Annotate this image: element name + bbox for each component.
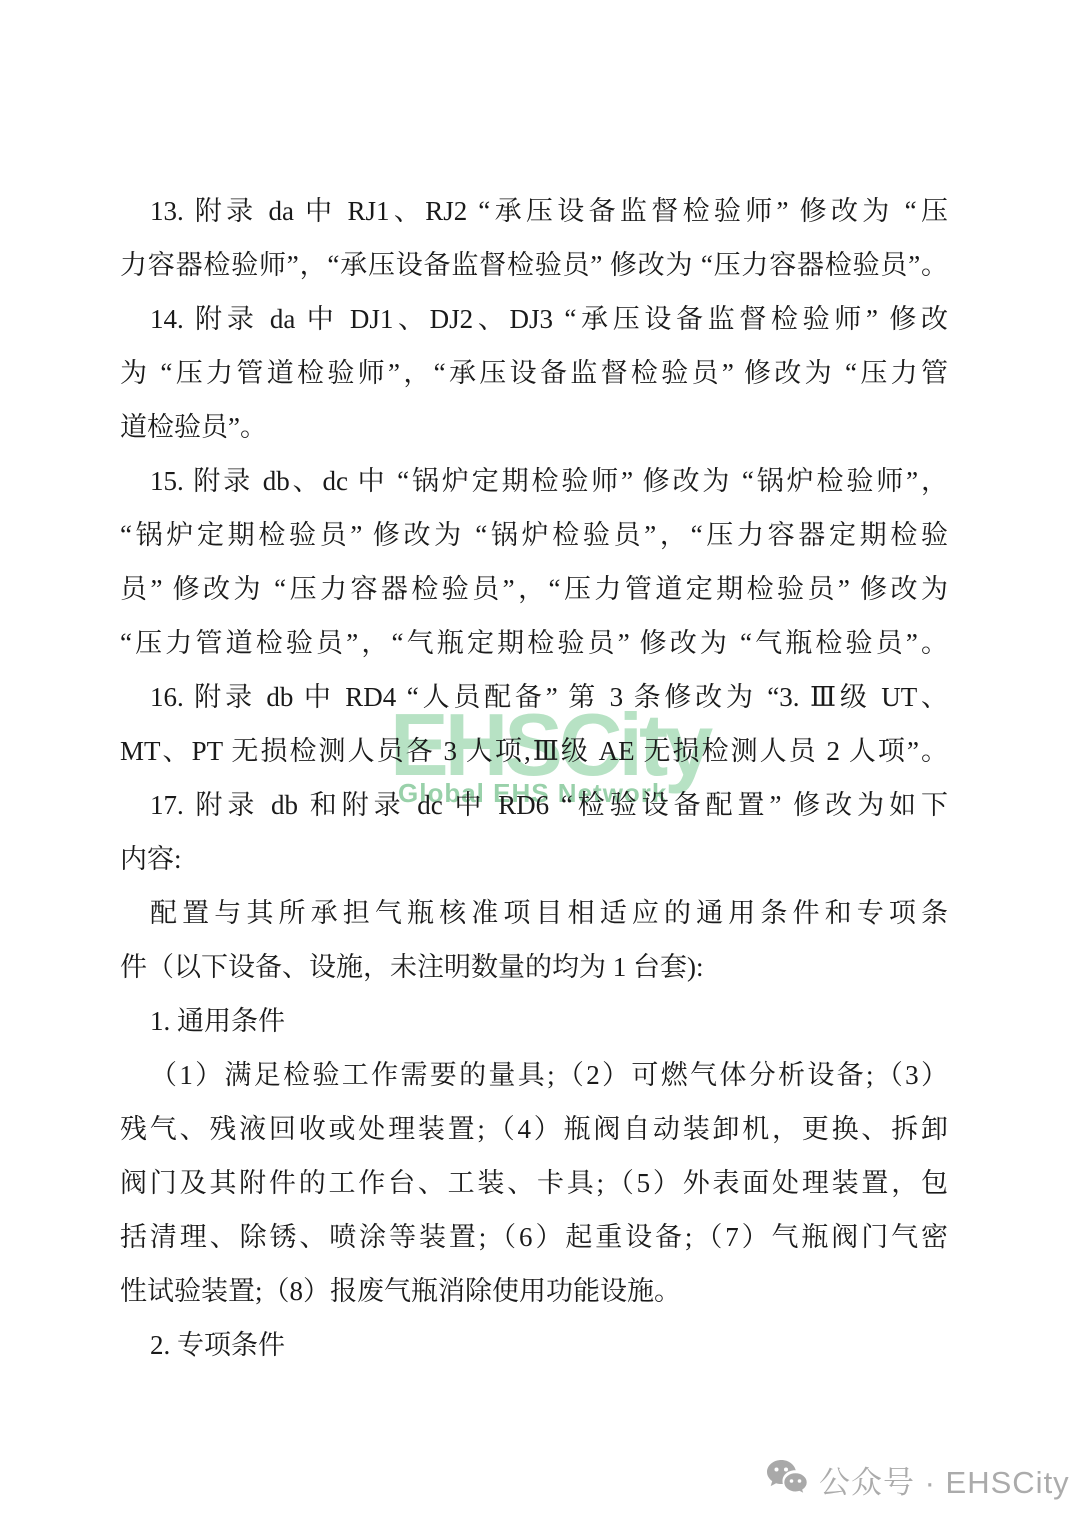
- text-line: MT、PT 无损检测人员各 3 人项,Ⅲ级 AE 无损检测人员 2 人项”。: [120, 724, 948, 778]
- text-line: “锅炉定期检验员” 修改为 “锅炉检验员”，“压力容器定期检验: [120, 508, 948, 562]
- footer-label: 公众号 · EHSCity: [819, 1457, 1070, 1502]
- page-footer: 公众号 · EHSCity: [766, 1458, 1070, 1500]
- text-line: “压力管道检验员”，“气瓶定期检验员” 修改为 “气瓶检验员”。: [120, 616, 948, 670]
- text-line: 员” 修改为 “压力容器检验员”，“压力管道定期检验员” 修改为: [120, 562, 948, 616]
- document-page: EHSCity Global EHS Network 13. 附录 da 中 R…: [0, 0, 1080, 1527]
- text-line: 件（以下设备、设施，未注明数量的均为 1 台套):: [120, 940, 948, 994]
- text-line: 17. 附录 db 和附录 dc 中 RD6 “检验设备配置” 修改为如下: [120, 778, 948, 832]
- text-line: 力容器检验师”，“承压设备监督检验员” 修改为 “压力容器检验员”。: [120, 238, 948, 292]
- document-body: 13. 附录 da 中 RJ1、RJ2 “承压设备监督检验师” 修改为 “压力容…: [120, 184, 948, 1372]
- text-line: 2. 专项条件: [120, 1318, 948, 1372]
- text-line: 内容:: [120, 832, 948, 886]
- text-line: 残气、残液回收或处理装置;（4）瓶阀自动装卸机，更换、拆卸: [120, 1102, 948, 1156]
- text-line: 15. 附录 db、dc 中 “锅炉定期检验师” 修改为 “锅炉检验师”，: [120, 454, 948, 508]
- text-line: 13. 附录 da 中 RJ1、RJ2 “承压设备监督检验师” 修改为 “压: [120, 184, 948, 238]
- text-line: 道检验员”。: [120, 400, 948, 454]
- text-line: 为 “压力管道检验师”，“承压设备监督检验员” 修改为 “压力管: [120, 346, 948, 400]
- wechat-icon: [766, 1459, 810, 1499]
- text-line: 阀门及其附件的工作台、工装、卡具;（5）外表面处理装置，包: [120, 1156, 948, 1210]
- text-line: 16. 附录 db 中 RD4 “人员配备” 第 3 条修改为 “3. Ⅲ级 U…: [120, 670, 948, 724]
- text-line: （1）满足检验工作需要的量具;（2）可燃气体分析设备;（3）: [120, 1048, 948, 1102]
- text-line: 14. 附录 da 中 DJ1、DJ2、DJ3 “承压设备监督检验师” 修改: [120, 292, 948, 346]
- text-line: 配置与其所承担气瓶核准项目相适应的通用条件和专项条: [120, 886, 948, 940]
- text-line: 性试验装置;（8）报废气瓶消除使用功能设施。: [120, 1264, 948, 1318]
- text-line: 1. 通用条件: [120, 994, 948, 1048]
- text-line: 括清理、除锈、喷涂等装置;（6）起重设备;（7）气瓶阀门气密: [120, 1210, 948, 1264]
